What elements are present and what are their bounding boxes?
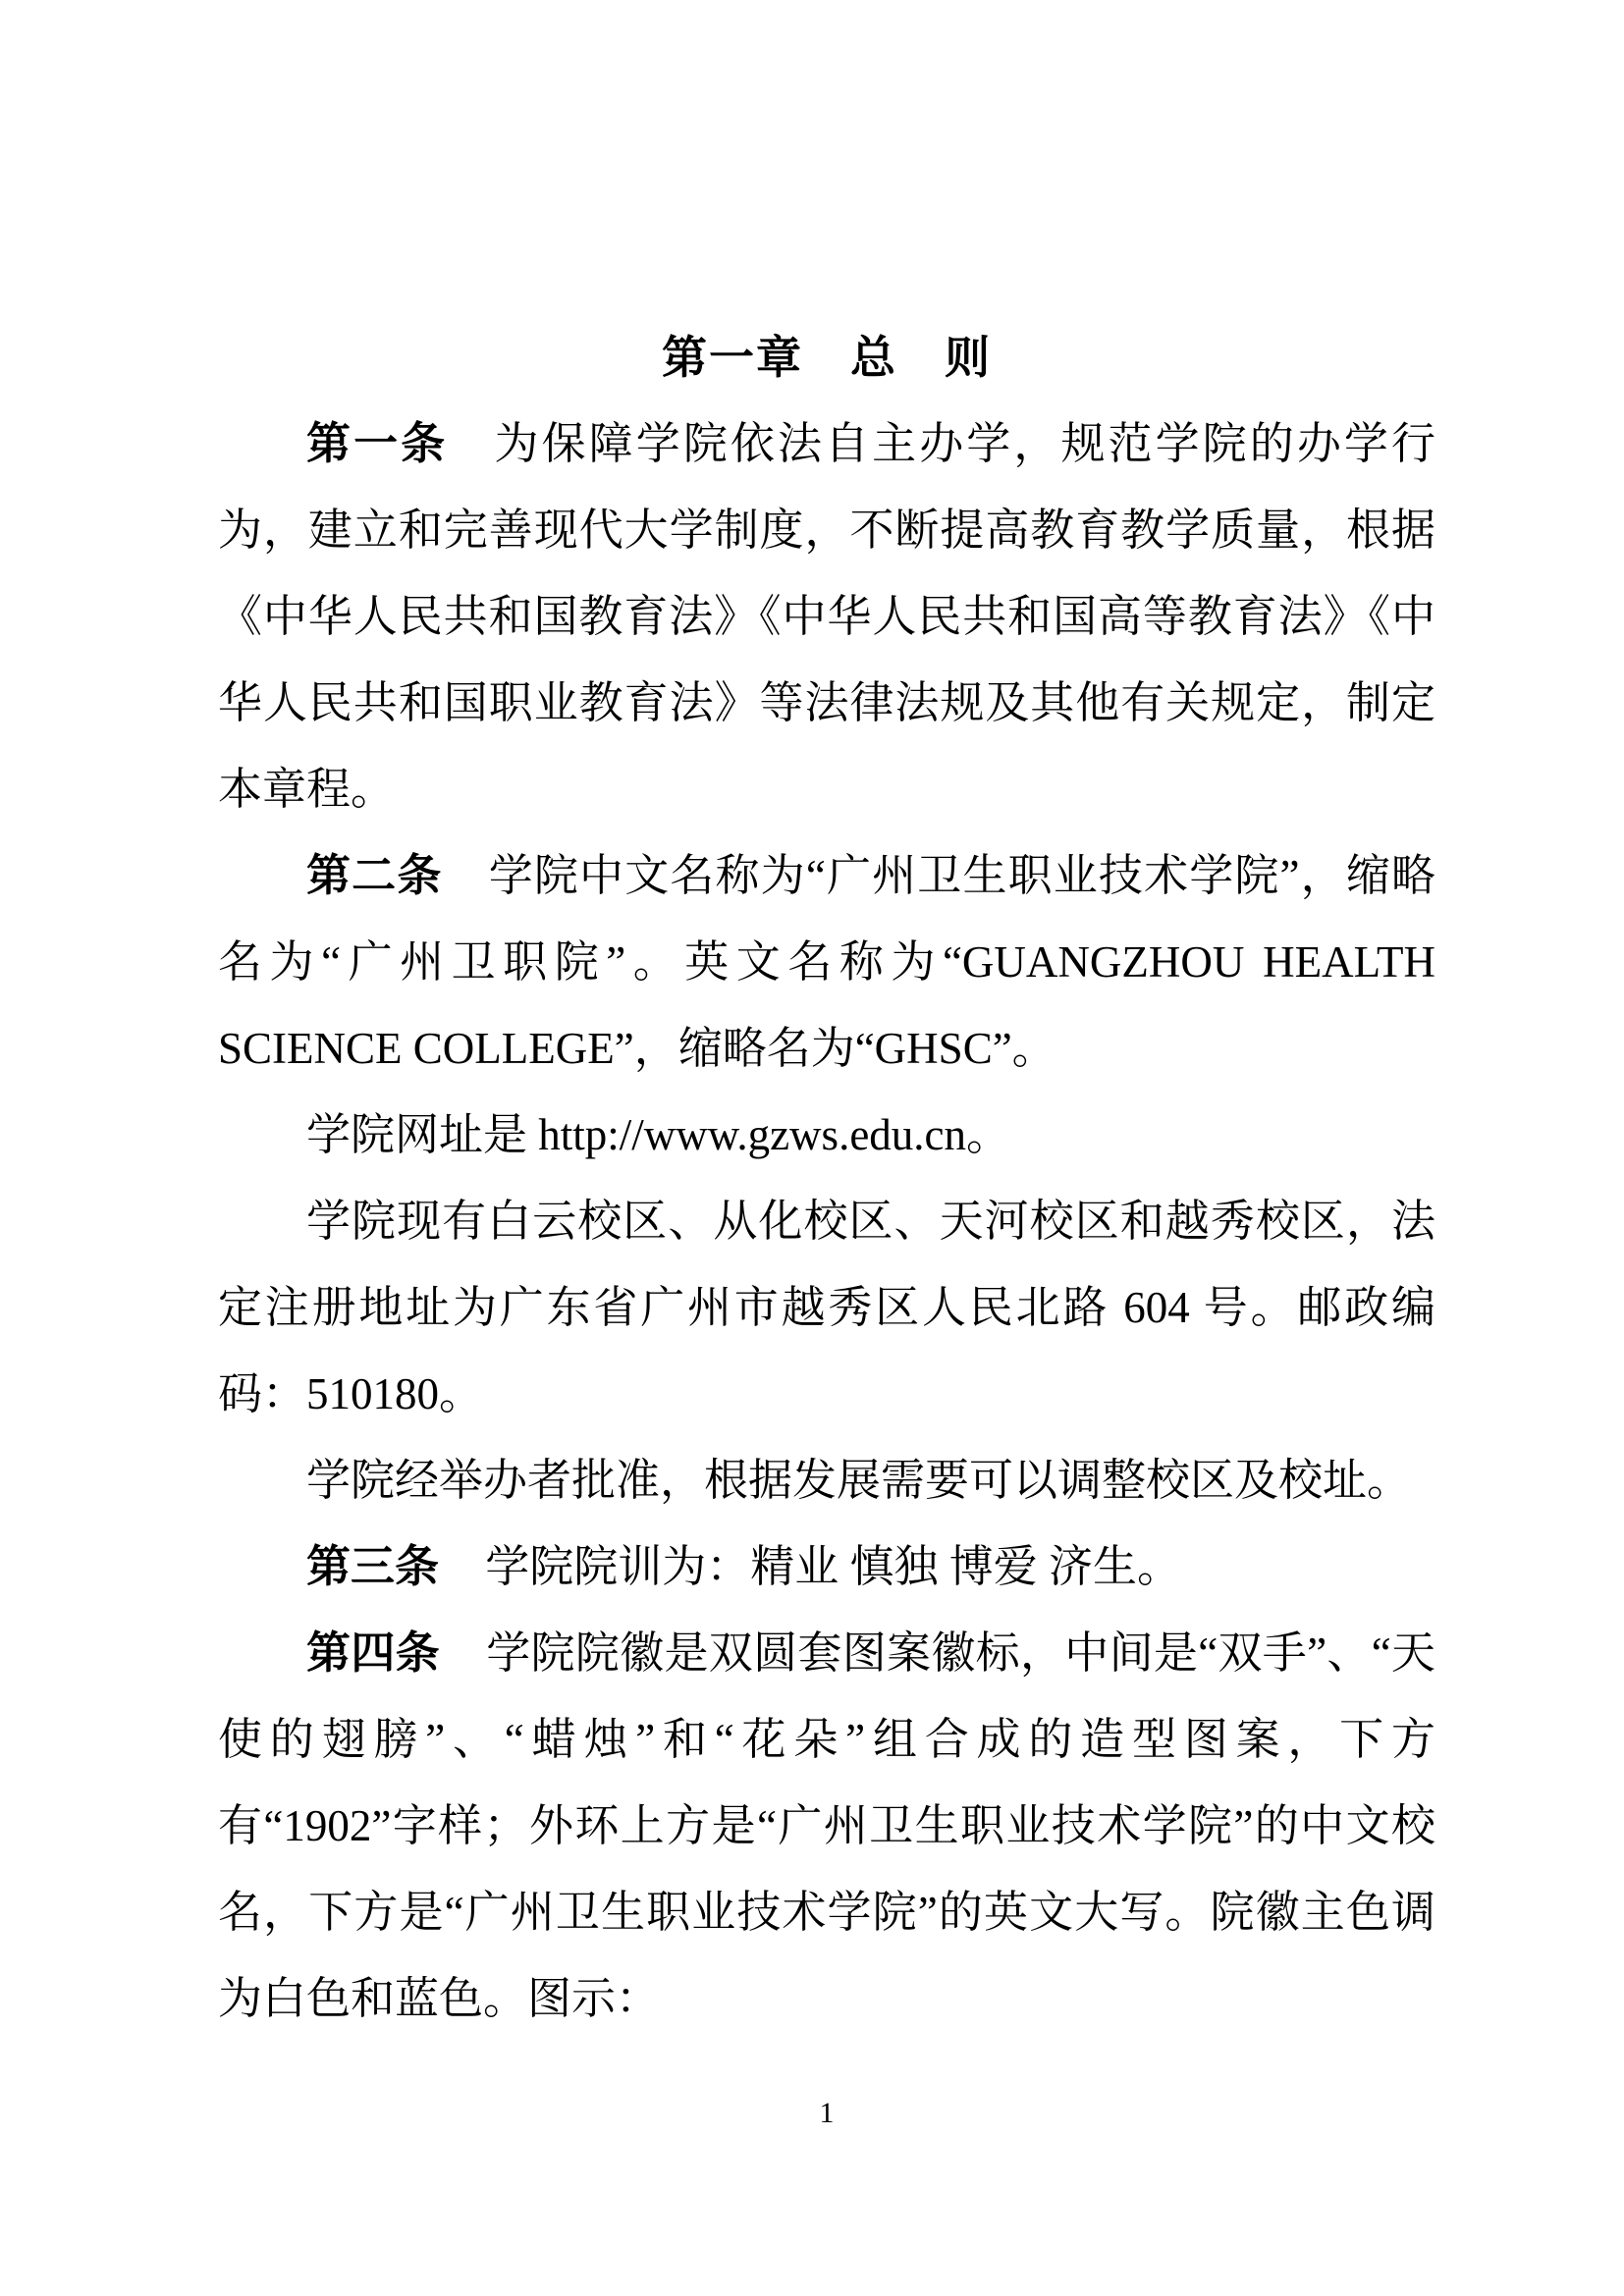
article-1-text: 为保障学院依法自主办学，规范学院的办学行为，建立和完善现代大学制度，不断提高教育…	[218, 419, 1435, 814]
page-number: 1	[218, 2097, 1435, 2130]
paragraph-article-3: 第三条学院院训为：精业 慎独 博爱 济生。	[218, 1523, 1435, 1610]
article-2-number: 第二条	[306, 850, 442, 900]
campus-adjustment-text: 学院经举办者批准，根据发展需要可以调整校区及校址。	[306, 1456, 1411, 1505]
article-4-number: 第四条	[306, 1628, 440, 1678]
paragraph-campuses: 学院现有白云校区、从化校区、天河校区和越秀校区，法定注册地址为广东省广州市越秀区…	[218, 1178, 1435, 1437]
chapter-title: 第一章 总 则	[218, 322, 1435, 387]
paragraph-website: 学院网址是 http://www.gzws.edu.cn。	[218, 1092, 1435, 1178]
article-4-text: 学院院徽是双圆套图案徽标，中间是“双手”、“天使的翅膀”、“蜡烛”和“花朵”组合…	[218, 1629, 1435, 2023]
campuses-text: 学院现有白云校区、从化校区、天河校区和越秀校区，法定注册地址为广东省广州市越秀区…	[218, 1197, 1435, 1418]
article-3-text: 学院院训为：精业 慎独 博爱 济生。	[485, 1542, 1181, 1591]
document-body: 第一条为保障学院依法自主办学，规范学院的办学行为，建立和完善现代大学制度，不断提…	[218, 400, 1435, 2042]
paragraph-article-1: 第一条为保障学院依法自主办学，规范学院的办学行为，建立和完善现代大学制度，不断提…	[218, 400, 1435, 832]
paragraph-article-2: 第二条学院中文名称为“广州卫生职业技术学院”，缩略名为“广州卫职院”。英文名称为…	[218, 832, 1435, 1092]
paragraph-article-4: 第四条学院院徽是双圆套图案徽标，中间是“双手”、“天使的翅膀”、“蜡烛”和“花朵…	[218, 1610, 1435, 2042]
paragraph-campus-adjustment: 学院经举办者批准，根据发展需要可以调整校区及校址。	[218, 1437, 1435, 1523]
article-1-number: 第一条	[306, 418, 448, 468]
document-page: 第一章 总 则 第一条为保障学院依法自主办学，规范学院的办学行为，建立和完善现代…	[0, 0, 1624, 2296]
website-text: 学院网址是 http://www.gzws.edu.cn。	[306, 1110, 1010, 1159]
article-3-number: 第三条	[306, 1541, 439, 1591]
